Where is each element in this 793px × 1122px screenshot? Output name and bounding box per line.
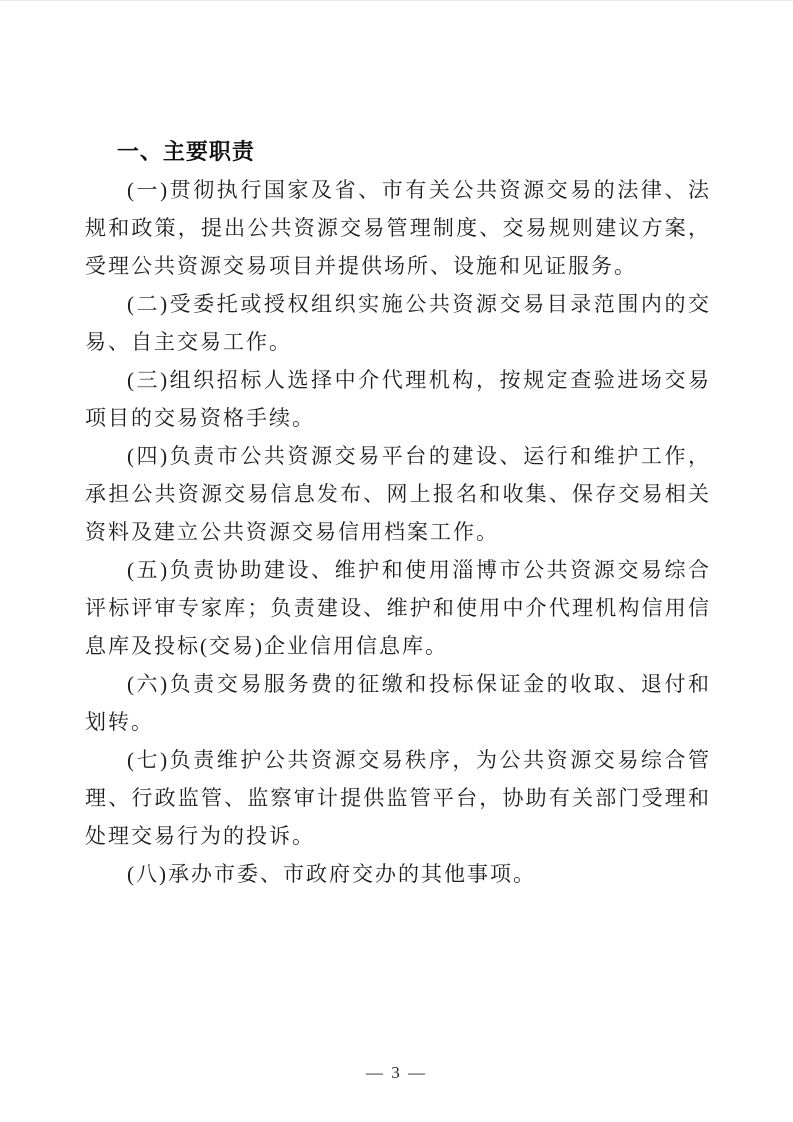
document-page: 一、主要职责 (一)贯彻执行国家及省、市有关公共资源交易的法律、法规和政策，提出… (0, 0, 793, 1122)
paragraph-item-5: (五)负责协助建设、维护和使用淄博市公共资源交易综合评标评审专家库；负责建设、维… (85, 551, 711, 665)
paragraph-item-7: (七)负责维护公共资源交易秩序，为公共资源交易综合管理、行政监管、监察审计提供监… (85, 741, 711, 855)
paragraph-item-1: (一)贯彻执行国家及省、市有关公共资源交易的法律、法规和政策，提出公共资源交易管… (85, 171, 711, 285)
paragraph-item-6: (六)负责交易服务费的征缴和投标保证金的收取、退付和划转。 (85, 665, 711, 741)
paragraph-item-4: (四)负责市公共资源交易平台的建设、运行和维护工作，承担公共资源交易信息发布、网… (85, 437, 711, 551)
paragraph-item-8: (八)承办市委、市政府交办的其他事项。 (85, 855, 711, 893)
paragraph-item-3: (三)组织招标人选择中介代理机构，按规定查验进场交易项目的交易资格手续。 (85, 361, 711, 437)
section-heading: 一、主要职责 (85, 133, 711, 171)
paragraph-item-2: (二)受委托或授权组织实施公共资源交易目录范围内的交易、自主交易工作。 (85, 285, 711, 361)
document-body: 一、主要职责 (一)贯彻执行国家及省、市有关公共资源交易的法律、法规和政策，提出… (85, 133, 711, 893)
page-footer: — 3 — (0, 1063, 793, 1083)
page-number: — 3 — (366, 1063, 427, 1082)
